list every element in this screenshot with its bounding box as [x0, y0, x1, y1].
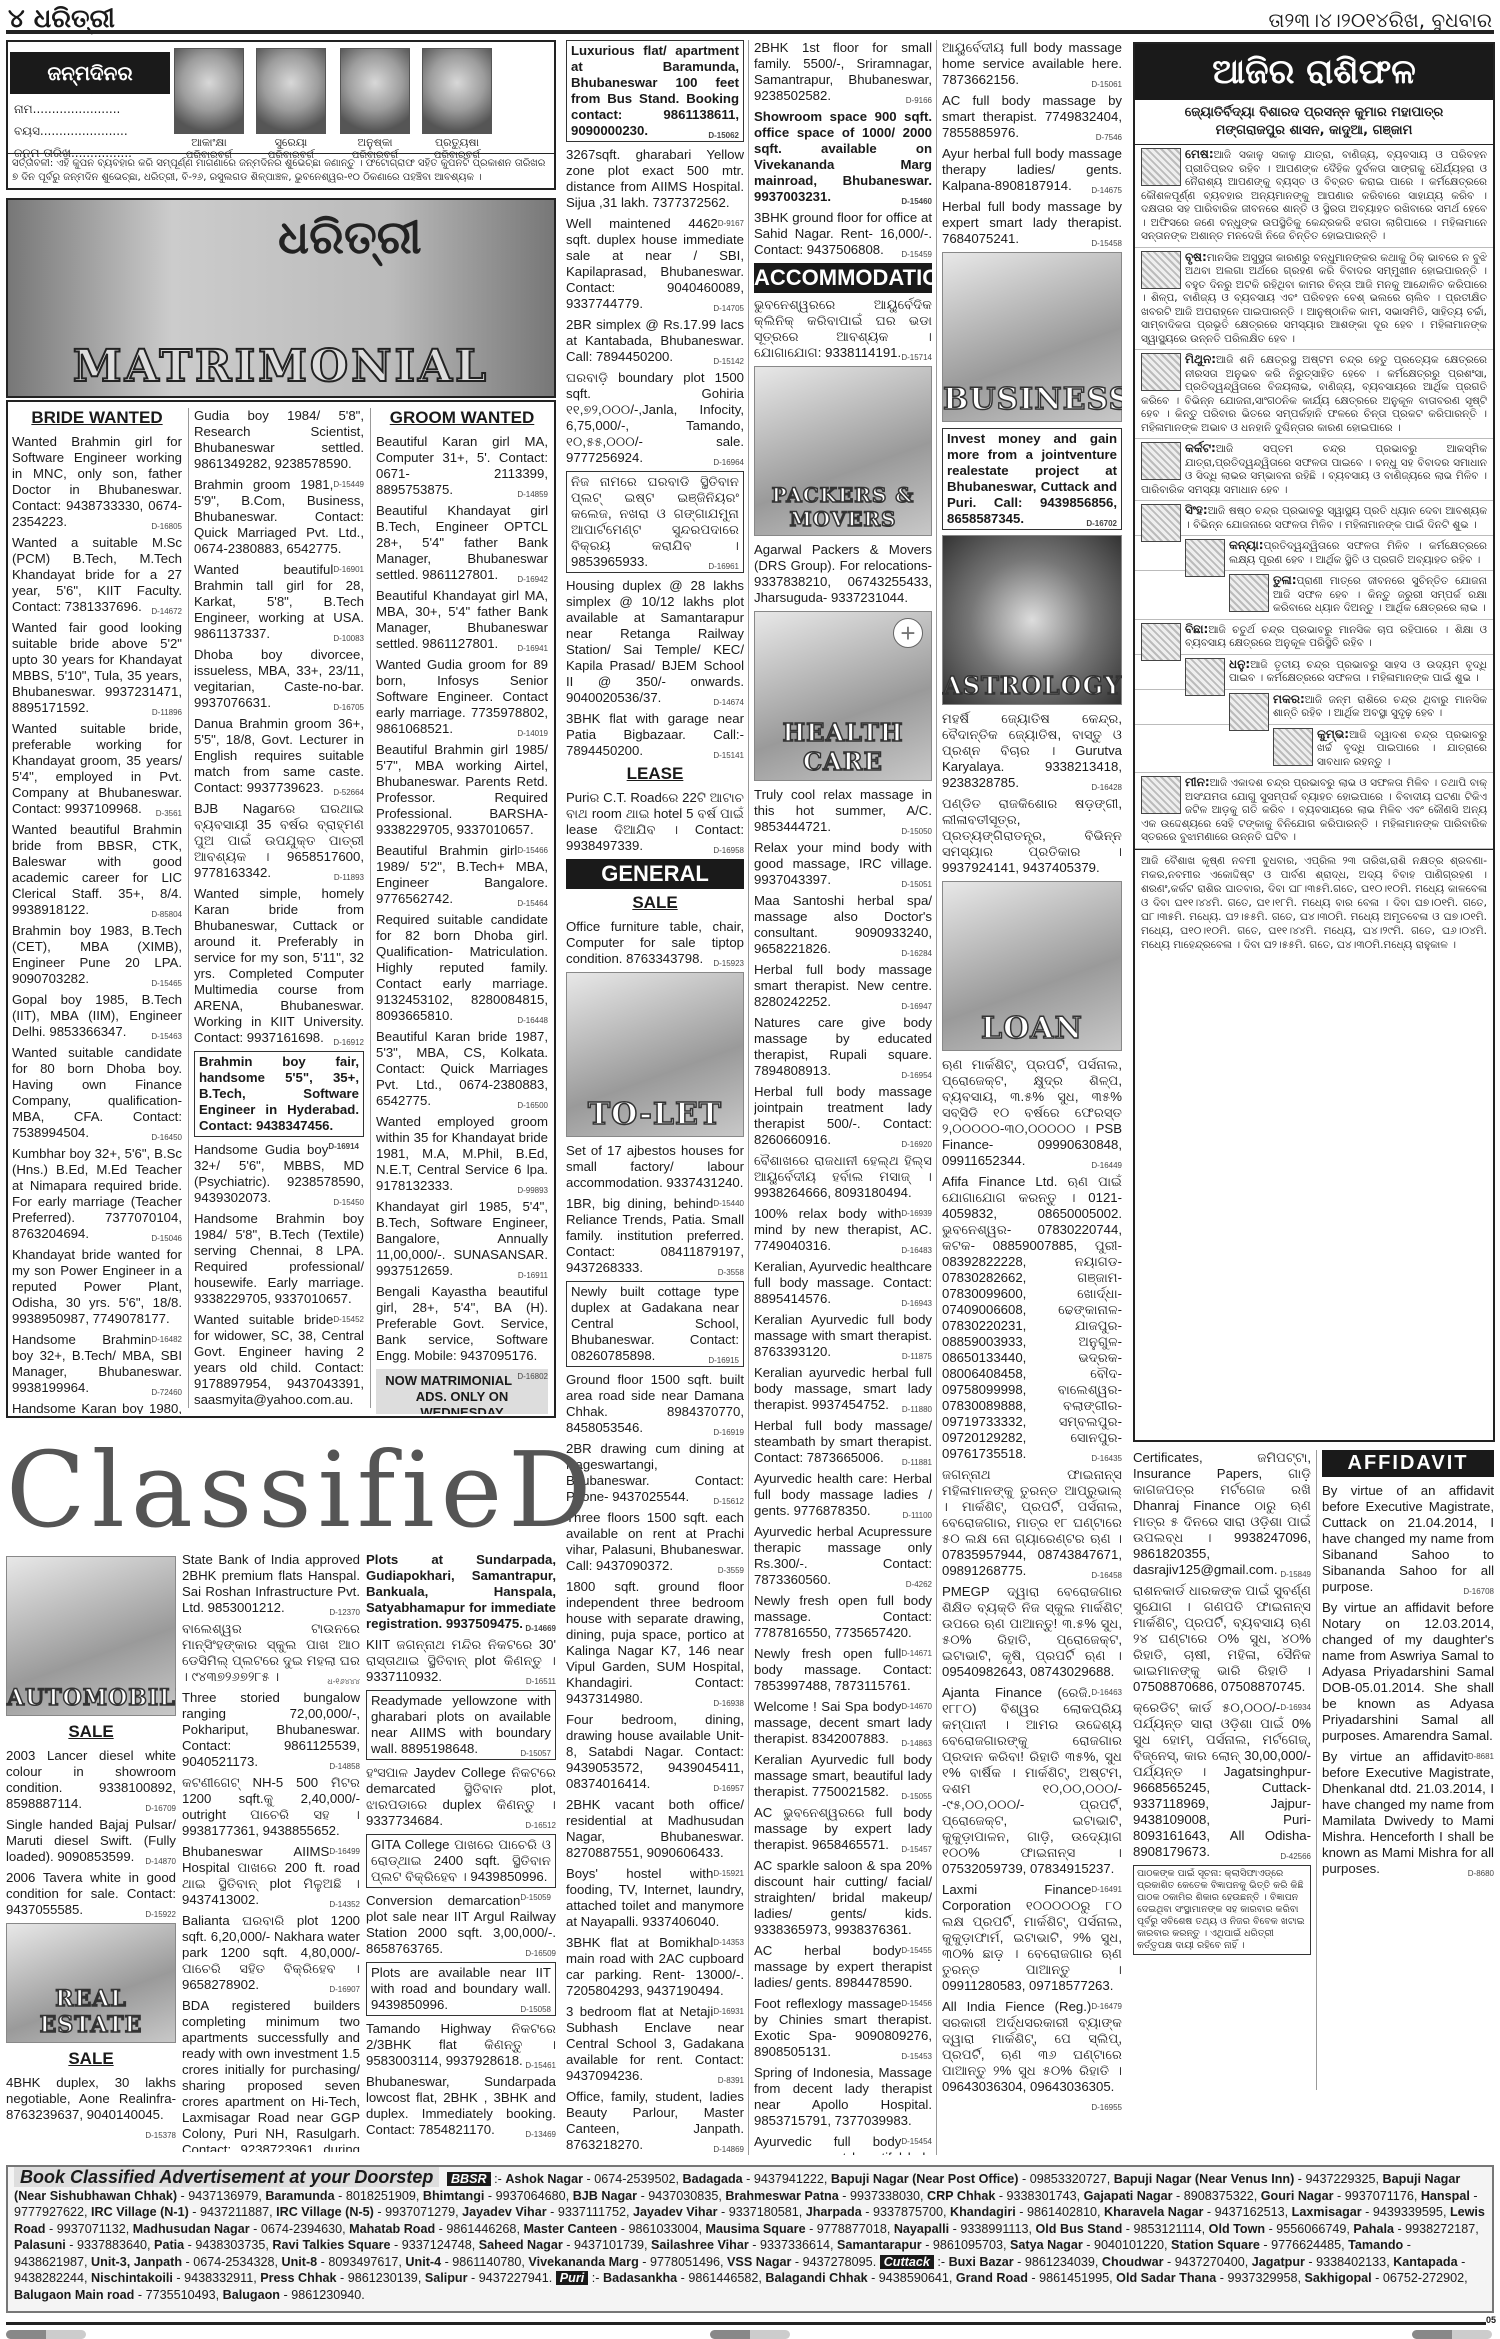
- classified-ad: Showroom space 900 sqft. office space of…: [754, 109, 932, 205]
- booking-phone: 9338301743: [1007, 2189, 1077, 2203]
- ad-text: Certificates, ଜମିପଟ୍ଟା, Insurance Papers…: [1133, 1450, 1311, 1577]
- ad-code: D-42566: [1280, 1849, 1311, 1865]
- booking-location: Pahala: [1353, 2222, 1394, 2236]
- ad-code: D-16955: [1091, 2100, 1122, 2116]
- ad-code: D-15055: [901, 1789, 932, 1805]
- booking-phone: 9861234039: [1025, 2255, 1095, 2269]
- ad-text: ଋଣ ମାର୍କଶିଟ୍, ପ୍ରପର୍ଟି, ପର୍ସନାଲ, ପ୍ରୋଜେକ…: [942, 1057, 1122, 1168]
- booking-location: Old Sadar Thana: [1116, 2271, 1216, 2285]
- ad-text: 3267sqft. gharabari Yellow zone plot exa…: [566, 147, 744, 210]
- ad-text: କ୍ରେଡିଟ୍ କାର୍ଡ ୫୦,୦୦୦/- ପର୍ଯ୍ୟନ୍ତ ସାରା ଓ…: [1133, 1700, 1311, 1859]
- classified-ad: Truly cool relax massage in this hot sum…: [754, 787, 932, 835]
- ad-code: D-16912: [333, 1035, 364, 1051]
- booking-location: Palasuni: [14, 2238, 66, 2252]
- booking-phone: 9937071176: [1345, 2189, 1414, 2203]
- kid-card: ସୁରେୟାପରିବାରବର୍ଗ: [256, 48, 326, 161]
- ad-text: କଟଣୀଗେଟ୍ NH-5 500 ମିଟର 1200 sqft.କୁ 2,40…: [182, 1775, 360, 1838]
- booking-phone: 9437941222: [754, 2172, 824, 2186]
- classified-ad: Gopal boy 1985, B.Tech (IIT), MBA (IIM),…: [12, 992, 182, 1040]
- ad-text: 4BHK duplex, 30 lakhs negotiable, Aone R…: [6, 2075, 176, 2122]
- ad-code: D-3559: [718, 1563, 744, 1579]
- booking-phone: 9437270400: [1175, 2255, 1245, 2269]
- ad-code: D-16943: [901, 1296, 932, 1312]
- classified-ad: Office furniture table, chair, Computer …: [566, 919, 744, 967]
- booking-phone: 9337875700: [873, 2205, 943, 2219]
- ad-code: D-15449: [333, 477, 364, 493]
- booking-location: Ashok Nagar: [505, 2172, 583, 2186]
- ad-code: D-15714: [901, 350, 932, 366]
- booking-phone: 0674-2534328: [193, 2255, 274, 2269]
- matrimonial-banner: ଧରିତ୍ରୀ MATRIMONIAL: [6, 198, 556, 398]
- classified-ad: State Bank of India approved 2BHK premiu…: [182, 1552, 360, 1616]
- classified-ad: By virtue an affidavit before Executive …: [1322, 1749, 1494, 1877]
- horoscope-sign: କନ୍ୟା:ପ୍ରତିଦ୍ୱନ୍ଦ୍ୱିତାରେ ସଫଳତା ମିଳିବ । କ…: [1135, 536, 1493, 571]
- booking-location: Madhusudan Nagar: [133, 2222, 250, 2236]
- booking-location: IRC Village (N-5): [276, 2205, 374, 2219]
- ad-code: D-14859: [517, 487, 548, 503]
- zodiac-icon: [1141, 148, 1181, 186]
- booking-phone: 9438332911: [184, 2271, 253, 2285]
- ad-code: D-15921: [713, 1866, 744, 1882]
- ad-code: D-16512: [525, 1818, 556, 1834]
- classified-ad: ଭୁବନେଶ୍ୱରରେ ଆୟୁର୍ବେଦିକ କ୍ଲିନିକ୍ କରିବାପାଇ…: [754, 297, 932, 361]
- zodiac-icon: [1141, 776, 1181, 814]
- ad-code: D-16934: [1280, 1700, 1311, 1716]
- ad-code: D-16947: [901, 999, 932, 1015]
- booking-location: Old Bus Stand: [1036, 2222, 1123, 2236]
- ad-code: D-11881: [902, 1455, 932, 1471]
- classified-ad: Housing duplex @ 28 lakhs simplex @ 10/1…: [566, 578, 744, 706]
- classified-ad: Ayurvedic health care: Herbal full body …: [754, 1471, 932, 1519]
- ad-code: D-9166: [906, 93, 932, 109]
- booking-location: Ravi Talkies Square: [272, 2238, 390, 2252]
- horoscope-sign: ଧନୁ:ଆଜି ତୃତୀୟ ଚନ୍ଦ୍ର ପ୍ରଭାବରୁ ସାହସ ଓ ଉଦ୍…: [1135, 655, 1493, 690]
- birthday-title: ଜନ୍ମଦିନର ଶୁଭେଚ୍ଛା: [10, 52, 170, 94]
- sign-text: ଆଜି ଜନ୍ମ ରାଶିରେ ଚନ୍ଦ୍ର ଥିବାରୁ ମାନସିକ ଶାନ…: [1273, 694, 1487, 720]
- booking-phone: 06752-272902: [1383, 2271, 1464, 2285]
- finance-right-column: Certificates, ଜମିପଟ୍ଟା, Insurance Papers…: [1133, 1450, 1311, 2155]
- ad-code: D-52664: [333, 785, 364, 801]
- automobile-sale-heading: SALE: [6, 1722, 176, 1742]
- booking-phone: 9861446268: [446, 2222, 516, 2236]
- ad-code: D-16805: [151, 519, 182, 535]
- sign-text: ପ୍ରାଣୀ ମାତ୍ରେ ଜୀବନରେ ସୁଚିନ୍ତିତ ଯୋଜନା ଆଜି…: [1273, 575, 1487, 614]
- ad-text: Handsome Karan boy 1980, 5'8" MBA, XIMB …: [12, 1401, 182, 1414]
- classified-ad: Balianta ଘରବାରି plot 1200 sqft. 6,20,000…: [182, 1913, 360, 1993]
- booking-phone: 9337883640: [77, 2238, 147, 2252]
- sign-text: ଆଜି ଚତୁର୍ଥ ଚନ୍ଦ୍ର ପ୍ରଭାବରୁ ମାନସିକ ଚାପ ରହ…: [1185, 624, 1487, 650]
- booking-phone: 9337111752: [558, 2205, 626, 2219]
- ad-code: D-15922: [145, 1907, 176, 1923]
- ad-text: GITA College ପାଖରେ ପାଚେରି ଓ ରୋଡ୍‌ଥାଇ 240…: [371, 1837, 551, 1884]
- classified-ad: 2BHK vacant both office/ residential at …: [566, 1797, 744, 1861]
- real-estate-sale-heading: SALE: [6, 2049, 176, 2069]
- ad-code: D-8680: [1468, 1866, 1494, 1882]
- brand-logo: ଧରିତ୍ରୀ: [278, 210, 422, 266]
- classified-ad: 2006 Tavera white in good condition for …: [6, 1870, 176, 1918]
- classified-ad: Keralian Ayurvedic full body massage sma…: [754, 1752, 932, 1800]
- groom-wanted-column: GROOM WANTED Beautiful Karan girl MA, Co…: [376, 404, 548, 1414]
- classified-ad: Natures care give body massage by educat…: [754, 1015, 932, 1079]
- ad-text: Kumbhar boy 32+, 5'6", B.Sc (Hns.) B.Ed,…: [12, 1146, 182, 1241]
- ad-code: D-15141: [713, 748, 744, 764]
- booking-phone: 9437136979: [188, 2189, 258, 2203]
- property-column: Luxurious flat/ apartment at Baramunda, …: [566, 40, 744, 2155]
- booking-location: Nischintakoili: [91, 2271, 173, 2285]
- ad-text: Newly fresh open full body massage. Cont…: [754, 1593, 932, 1640]
- booking-phone: 9937071279: [385, 2205, 455, 2219]
- matrimonial-section: BRIDE WANTED Wanted Brahmin girl for Sof…: [6, 400, 556, 1418]
- horoscope-sign: ତୁଳା:ପ୍ରାଣୀ ମାତ୍ରେ ଜୀବନରେ ସୁଚିନ୍ତିତ ଯୋଜନ…: [1135, 571, 1493, 620]
- booking-phone: 9861230940: [291, 2288, 361, 2302]
- sign-name: ମୀନ:: [1185, 775, 1210, 789]
- booking-location: Brahmeswar Patna: [725, 2189, 838, 2203]
- health-care-image: + HEALTH CARE: [754, 611, 932, 781]
- ad-code: D-16463: [1091, 1685, 1122, 1701]
- classified-ad: Handsome Brahmin boy 1984/ 5'8", B.Tech …: [194, 1211, 364, 1307]
- ad-code: D-15466: [517, 843, 548, 859]
- ad-code: D-15046: [151, 1231, 182, 1247]
- classified-ad: Maa Santoshi herbal spa/ massage also Do…: [754, 893, 932, 957]
- ad-text: Danua Brahmin groom 36+, 5'5", 18/8, Gov…: [194, 716, 364, 795]
- booking-location: Vivekananda Marg: [528, 2255, 638, 2269]
- affidavit-column: AFFIDAVIT By virtue of an affidavit befo…: [1322, 1450, 1494, 2090]
- ad-text: Balianta ଘରବାରି plot 1200 sqft. 6,20,000…: [182, 1913, 360, 1992]
- classified-ad: Set of 17 ajbestos houses for small fact…: [566, 1143, 744, 1191]
- birthday-terms: ସର୍ତ୍ତାବଳୀ: ଏହି କୁପନ ବ୍ୟବହାର କରି ସମ୍ପୂର୍…: [8, 153, 554, 188]
- classified-ad: Beautiful Karan girl MA, Computer 31+, 5…: [376, 434, 548, 498]
- booking-location: Kantapada: [1393, 2255, 1457, 2269]
- zodiac-icon: [1185, 658, 1225, 696]
- ad-code: D-15460: [901, 194, 932, 210]
- ad-code: D-16448: [517, 1013, 548, 1029]
- classified-ad: Wanted suitable candidate for 80 born Dh…: [12, 1045, 182, 1141]
- booking-phone: 9437162513: [1215, 2205, 1285, 2219]
- to-let-image: TO-LET: [566, 972, 744, 1137]
- ad-code: D-16957: [713, 1781, 744, 1797]
- horoscope-sign: ସିଂହ:ଆଜି ଷଷ୍ଠ ଚନ୍ଦ୍ର ପ୍ରଭାବରୁ ସ୍ୱାସ୍ଥ୍ୟ …: [1135, 501, 1493, 536]
- registration-mark: [710, 2330, 790, 2339]
- ad-text: Wanted suitable bride, preferable workin…: [12, 721, 182, 816]
- ad-code: D-15457: [901, 1842, 932, 1858]
- kid-photo: [256, 48, 326, 134]
- business-image: BUSINESS: [942, 252, 1122, 422]
- ad-code: D-15464: [517, 896, 548, 912]
- classified-ad: Plots are available near IIT with road a…: [366, 1962, 556, 2016]
- ad-code: D-15612: [713, 1494, 744, 1510]
- booking-phone: 9861402810: [1027, 2205, 1097, 2219]
- ad-code: D-14672: [151, 604, 182, 620]
- ad-text: ନିଜ ନାମରେ ଘରବାଡି ସ୍ଥିତିବାନ ପ୍ଲଟ୍ ଇଷ୍ଟ ଇଞ…: [571, 474, 739, 569]
- ad-code: D-12370: [329, 1605, 360, 1621]
- booking-location: Balugaon Main road: [14, 2288, 134, 2302]
- classified-ad: Gudia boy 1984/ 5'8", Research Scientist…: [194, 408, 364, 472]
- sign-name: ସିଂହ:: [1185, 503, 1208, 517]
- booking-location: BJB Nagar: [573, 2189, 637, 2203]
- ad-code: D-14670: [901, 1699, 932, 1715]
- booking-phone: 9438621987: [14, 2255, 84, 2269]
- kid-card: ଅନୁଷ୍କାପରିବାରବର୍ଗ: [340, 48, 410, 161]
- general-heading: GENERAL: [566, 859, 744, 889]
- ad-text: Spring of Indonesia, Massage from decent…: [754, 2065, 932, 2128]
- booking-phone: 0674-2394630: [261, 2222, 342, 2236]
- ad-code: D-15458: [1091, 236, 1122, 252]
- ad-code: D-16920: [901, 1137, 932, 1153]
- booking-phone: 9937064680: [496, 2189, 566, 2203]
- booking-location: Old Town: [1209, 2222, 1265, 2236]
- sign-name: କନ୍ୟା:: [1229, 538, 1264, 552]
- ad-code: D-15461: [525, 2058, 556, 2074]
- ad-code: D-15453: [901, 2049, 932, 2065]
- ad-text: Khandayat girl 1985, 5'4", B.Tech, Softw…: [376, 1199, 548, 1278]
- booking-phone: 9337336614: [760, 2238, 830, 2252]
- booking-location: Bapuji Nagar (Near Venus Inn): [1114, 2172, 1295, 2186]
- classified-ad: ବୈଶାଖରେ ରାଜଧାନୀ ହେଲ୍ଥ ହିଲ୍ସ ଆୟୁର୍ବେଦୀୟ ହ…: [754, 1153, 932, 1201]
- ad-text: AC sparkle saloon & spa 20% discount hai…: [754, 1858, 932, 1937]
- name-field[interactable]: ନାମ.......................: [14, 102, 120, 117]
- classified-ad: Keralian, Ayurvedic healthcare full body…: [754, 1259, 932, 1307]
- ad-code: D-15456: [901, 1996, 932, 2012]
- booking-location: Jayadev Vihar: [462, 2205, 547, 2219]
- classified-ad: 3267sqft. gharabari Yellow zone plot exa…: [566, 147, 744, 211]
- ad-code: D-16450: [151, 1130, 182, 1146]
- booking-phone: 9778877018: [817, 2222, 887, 2236]
- classified-ad: 3BHK flat with garage near Patia Bigbaza…: [566, 711, 744, 759]
- ad-code: D-16479: [1091, 1999, 1122, 2015]
- classified-ad: କ୍ରେଡିଟ୍ କାର୍ଡ ୫୦,୦୦୦/- ପର୍ଯ୍ୟନ୍ତ ସାରା ଓ…: [1133, 1700, 1311, 1860]
- matrimonial-title: MATRIMONIAL: [14, 341, 548, 392]
- ad-code: D-8391: [718, 2073, 744, 2089]
- classified-ad: Keralian ayurvedic herbal full body mass…: [754, 1365, 932, 1413]
- ad-text: Brahmin boy fair, handsome 5'5", 35+, B.…: [199, 1054, 359, 1133]
- health-column: 2BHK 1st floor for small family. 5500/-,…: [754, 40, 932, 2155]
- astrologer-credit: ଜ୍ୟୋତିର୍ବିଦ୍ୟା ବିଶାରଦ ପ୍ରସନ୍ନ କୁମାର ମହାପ…: [1135, 100, 1493, 145]
- ad-code: D-16435: [1091, 1451, 1122, 1467]
- ad-code: D-9167: [718, 216, 744, 232]
- classified-ad: Newly fresh open full body massage. Cont…: [754, 1593, 932, 1641]
- ad-code: D-16961: [708, 559, 739, 575]
- ad-code: D-16802: [517, 1369, 548, 1385]
- ad-text: Well maintened 4462 sqft. duplex house i…: [566, 216, 744, 311]
- classified-ad: ହଂସପାଳ Jaydev College ନିକଟରେ demarcated …: [366, 1765, 556, 1829]
- booking-phone: 8018251909: [346, 2189, 416, 2203]
- classified-ad: Herbal full body massage jointpain treat…: [754, 1084, 932, 1148]
- booking-location: Bapuji Nagar (Near Post Office): [831, 2172, 1019, 2186]
- zodiac-icon: [1141, 442, 1181, 480]
- ad-text: ଘରବାଡ଼ି boundary plot 1500 sqft. Gohiria…: [566, 370, 744, 465]
- classified-ad: Wanted fair good looking suitable bride …: [12, 620, 182, 716]
- ad-text: Wanted suitable candidate for 80 born Dh…: [12, 1045, 182, 1140]
- city-label: BBSR: [447, 2172, 491, 2186]
- classified-ad: ନିଜ ନାମରେ ଘରବାଡି ସ୍ଥିତିବାନ ପ୍ଲଟ୍ ଇଷ୍ଟ ଇଞ…: [566, 471, 744, 573]
- classified-ad: Puriର C.T. Roadରେ 22ଟି ଆଟାଚ ବାଥ room ଥାଇ…: [566, 790, 744, 854]
- ad-code: D-16511: [526, 1674, 556, 1690]
- horoscope-sign: ବୃଷ:ମାନସିକ ଅସୁସ୍ଥତା କାରଣରୁ ବନ୍ଧୁମାନଙ୍କର …: [1135, 248, 1493, 351]
- birthday-coupon: ଜନ୍ମଦିନର ଶୁଭେଚ୍ଛା ନାମ...................…: [6, 40, 556, 190]
- ad-code: D-16705: [333, 700, 364, 716]
- ad-code: D-16483: [901, 1243, 932, 1259]
- ad-code: D-15057: [520, 1746, 551, 1762]
- age-field[interactable]: ବୟସ.......................: [14, 124, 128, 139]
- booking-location: Grand Road: [956, 2271, 1028, 2285]
- booking-location: Satya Nagar: [1010, 2238, 1083, 2252]
- booking-location: Balugaon: [223, 2288, 280, 2302]
- classified-ad: Beautiful Karan bride 1987, 5'3", MBA, C…: [376, 1029, 548, 1109]
- ad-code: D-15849: [1280, 1567, 1311, 1583]
- booking-location: Press Chhak: [260, 2271, 336, 2285]
- booking-location: Salipur: [425, 2271, 468, 2285]
- booking-location: Balagandi Chhak: [765, 2271, 867, 2285]
- classified-ad: Relax your mind body with good massage, …: [754, 840, 932, 888]
- ad-text: Beautiful Brahmin girl 1985/ 5'7", MBA w…: [376, 742, 548, 837]
- classified-ad: Wanted a suitable M.Sc (PCM) B.Tech, M.T…: [12, 535, 182, 615]
- ad-code: D-15440: [713, 1196, 744, 1212]
- real-estate-column-3: Plots at Sundarpada, Gudiapokhari, Saman…: [366, 1552, 556, 2152]
- ad-text: Beautiful Karan bride 1987, 5'3", MBA, C…: [376, 1029, 548, 1108]
- classified-ad: Ajanta Finance (ରେଜି. ୧୮୮୦) ବିଶ୍ୱର ଲୋକପ୍…: [942, 1685, 1122, 1877]
- ad-text: Handsome Brahmin boy 1984/ 5'8", B.Tech …: [194, 1211, 364, 1306]
- booking-centers: Book Classified Advertisement at your Do…: [6, 2165, 1494, 2313]
- ad-code: D-16954: [901, 1068, 932, 1084]
- general-sale-heading: SALE: [566, 893, 744, 913]
- ad-text: ପଣ୍ଡିତ ରାଜକିଶୋର ଷଡ଼ଙ୍ଗୀ, ଲୀଳାବତୀସୂତ୍ର, ପ…: [942, 796, 1122, 875]
- classified-ad: Dhoba boy divorcee, issueless, MBA, 33+,…: [194, 647, 364, 711]
- ad-text: Bengali Kayastha beautiful girl, 28+, 5'…: [376, 1284, 548, 1363]
- sign-name: ମେଷ:: [1185, 147, 1214, 161]
- sign-text: ଆଜି ସକାଳୁ ସକାଳୁ ଯାତ୍ରା, ବାଣିଜ୍ୟ, ବ୍ୟବସାୟ…: [1141, 149, 1487, 242]
- classified-ad: Afifa Finance Ltd. ଋଣ ପାଇଁ ଯୋଗାଯୋଗ କରନ୍ତ…: [942, 1174, 1122, 1462]
- ad-code: D-16907: [329, 1982, 360, 1998]
- booking-phone: 9861033004: [628, 2222, 698, 2236]
- classified-ad: PMEGP ଦ୍ୱାରା ବେରୋଜଗାର ଶିକ୍ଷିତ ବ୍ୟକ୍ତି ନି…: [942, 1584, 1122, 1680]
- ad-text: ଜଗନ୍ନାଥ ଫାଇନାନ୍ସ ମହିଳାମାନଙ୍କୁ ତୁରନ୍ତ ଆପ୍…: [942, 1467, 1122, 1578]
- classified-ad: By virtue an affidavit before Notary on …: [1322, 1600, 1494, 1744]
- ad-code: D-16449: [1091, 1158, 1122, 1174]
- booking-phone: 9861451995: [1039, 2271, 1109, 2285]
- ad-code: D-14669: [525, 1621, 556, 1637]
- booking-phone: 9437229325: [1306, 2172, 1376, 2186]
- ad-text: Showroom space 900 sqft. office space of…: [754, 109, 932, 204]
- zodiac-icon: [1273, 728, 1313, 766]
- panjika-text: ଆଜି ବୈଶାଖ କୃଷ୍ଣ ନବମୀ ବୁଧବାର, ଏପ୍ରିଲ ୨୩ ତ…: [1135, 849, 1493, 956]
- booking-location: Nayapalli: [894, 2222, 949, 2236]
- booking-phone: 9338991113: [960, 2222, 1028, 2236]
- registration-mark: [6, 2330, 86, 2339]
- ad-code: D-15050: [901, 824, 932, 840]
- bride-wanted-column: BRIDE WANTED Wanted Brahmin girl for Sof…: [12, 404, 182, 1414]
- booking-phone: 9861230139: [348, 2271, 418, 2285]
- real-estate-column-2: State Bank of India approved 2BHK premiu…: [182, 1552, 360, 2152]
- ad-code: D-15450: [333, 1195, 364, 1211]
- ad-text: ବୈଶାଖରେ ରାଜଧାନୀ ହେଲ୍ଥ ହିଲ୍ସ ଆୟୁର୍ବେଦୀୟ ହ…: [754, 1153, 932, 1200]
- ad-text: Newly built cottage type duplex at Gadak…: [571, 1284, 739, 1363]
- classified-ad: Brahmin boy 1983, B.Tech (CET), MBA (XIM…: [12, 923, 182, 987]
- ad-text: Invest money and gain more from a jointv…: [947, 431, 1117, 526]
- sign-text: ମାନସିକ ଅସୁସ୍ଥତା କାରଣରୁ ବନ୍ଧୁମାନଙ୍କର କଥାକ…: [1141, 252, 1487, 345]
- ad-code: D-16499: [329, 1844, 360, 1860]
- ad-code: D-16938: [713, 1696, 744, 1712]
- classified-ad: By virtue of an affidavit before Executi…: [1322, 1483, 1494, 1595]
- kid-card: ପ୍ରତ୍ୟୁଷାପରିବାରବର୍ଗ: [422, 48, 492, 161]
- classified-ad: Readymade yellowzone with gharabari plot…: [366, 1690, 556, 1760]
- ad-code: D-14674: [713, 695, 744, 711]
- bride-wanted-heading: BRIDE WANTED: [12, 408, 182, 428]
- booking-location: Buxi Bazar: [949, 2255, 1014, 2269]
- ad-code: D-14019: [517, 726, 548, 742]
- classified-ad: Ground floor 1500 sqft. built area road …: [566, 1372, 744, 1436]
- classified-ad: 3BHK ground floor for office at Sahid Na…: [754, 210, 932, 258]
- booking-location: CRP Chhak: [927, 2189, 995, 2203]
- ad-code: D-16702: [1086, 516, 1117, 532]
- booking-phone: 9937329958: [1227, 2271, 1297, 2285]
- ad-code: D-15142: [713, 354, 744, 370]
- classified-ad: Certificates, ଜମିପଟ୍ଟା, Insurance Papers…: [1133, 1450, 1311, 1578]
- classified-ad: Ayurvedic herbal Acupressure therapic ma…: [754, 1524, 932, 1588]
- booking-phone: 8908375322: [1184, 2189, 1254, 2203]
- booking-location: Unit-3, Janpath: [91, 2255, 182, 2269]
- ad-text: Four bedroom, dining, drawing house avai…: [566, 1712, 744, 1791]
- sign-name: ବିଛା:: [1185, 622, 1208, 636]
- classified-ad: ଆୟୁର୍ବେଦୀୟ full body massage home servic…: [942, 40, 1122, 88]
- booking-phone: 9338402133: [1316, 2255, 1386, 2269]
- ad-code: D-16500: [517, 1098, 548, 1114]
- booking-location: Badasankha: [603, 2271, 677, 2285]
- sign-name: ତୁଳା:: [1273, 573, 1297, 587]
- zodiac-icon: [1141, 623, 1181, 661]
- ad-code: D-16931: [713, 2004, 744, 2020]
- ad-text: PMEGP ଦ୍ୱାରା ବେରୋଜଗାର ଶିକ୍ଷିତ ବ୍ୟକ୍ତି ନି…: [942, 1584, 1122, 1679]
- classified-ad: ଘରବାଡ଼ି boundary plot 1500 sqft. Gohiria…: [566, 370, 744, 466]
- packers-movers-image: PACKERS & MOVERS: [754, 366, 932, 536]
- kid-photo: [422, 48, 492, 134]
- ad-code: D-16428: [1091, 780, 1122, 796]
- booking-phone: 9439339595: [1373, 2205, 1443, 2219]
- classified-ad: GITA College ପାଖରେ ପାଚେରି ଓ ରୋଡ୍‌ଥାଇ 240…: [366, 1834, 556, 1888]
- reader-notice: ପାଠକଙ୍କ ପାଇଁ ସୂଚନା: କ୍ଲାସିଫାଏଡ୍‌ରେ ପ୍ରକା…: [1133, 1865, 1311, 1955]
- horoscope-sign: ମୀନ:ଆଜି ଏକାଦଶ ଚନ୍ଦ୍ର ପ୍ରଭାବରୁ ଲାଭ ଓ ସଫଳତ…: [1135, 773, 1493, 849]
- ad-code: D-11100: [903, 1508, 933, 1524]
- horoscope-sign: ମେଷ:ଆଜି ସକାଳୁ ସକାଳୁ ଯାତ୍ରା, ବାଣିଜ୍ୟ, ବ୍ୟ…: [1135, 145, 1493, 248]
- booking-phone: 8093497617: [328, 2255, 398, 2269]
- ad-code: D-16919: [713, 1425, 744, 1441]
- ad-code: D-14869: [713, 2142, 744, 2155]
- zodiac-icon: [1141, 353, 1181, 391]
- booking-phone: 9437101739: [574, 2238, 644, 2252]
- ad-text: Three storied bungalow ranging 72,00,000…: [182, 1690, 360, 1769]
- classified-ad: ମହର୍ଷି ଜ୍ୟୋତିଷ କେନ୍ଦ୍ର, ବୈଦାନ୍ତିକ ଜ୍ୟୋତି…: [942, 711, 1122, 791]
- ad-text: Set of 17 ajbestos houses for small fact…: [566, 1143, 744, 1190]
- ad-code: D-15463: [151, 1029, 182, 1045]
- booking-location: Jagatpur: [1252, 2255, 1305, 2269]
- accommodation-heading: ACCOMMODATION: [754, 263, 932, 293]
- ad-code: D-11875: [902, 1349, 932, 1365]
- classified-ad: Beautiful Brahmin girl 1985/ 5'7", MBA w…: [376, 742, 548, 838]
- ad-code: D-16901: [333, 562, 364, 578]
- booking-location: Sailashree Vihar: [651, 2238, 749, 2252]
- classified-ad: Newly built cottage type duplex at Gadak…: [566, 1281, 744, 1367]
- classified-ad: ରାଶନକାର୍ଡ ଧାରକଙ୍କ ପାଇଁ ସୁବର୍ଣ୍ଣ ସୁଯୋଗ । …: [1133, 1583, 1311, 1695]
- booking-location: IRC Village (N-1): [91, 2205, 189, 2219]
- booking-location: Hanspal: [1421, 2189, 1470, 2203]
- classified-ad: 2003 Lancer diesel white colour in showr…: [6, 1748, 176, 1812]
- ad-text: Agarwal Packers & Movers (DRS Group). Fo…: [754, 542, 932, 605]
- ad-code: D-14352: [329, 1897, 360, 1913]
- classified-ad: Wanted Brahmin girl for Software Enginee…: [12, 434, 182, 530]
- ad-text: BDA registered builders completing minim…: [182, 1998, 360, 2152]
- classified-ad: Keralian Ayurvedic full body massage wit…: [754, 1312, 932, 1360]
- groom-wanted-heading: GROOM WANTED: [376, 408, 548, 428]
- ad-code: D-15444: [333, 1413, 364, 1414]
